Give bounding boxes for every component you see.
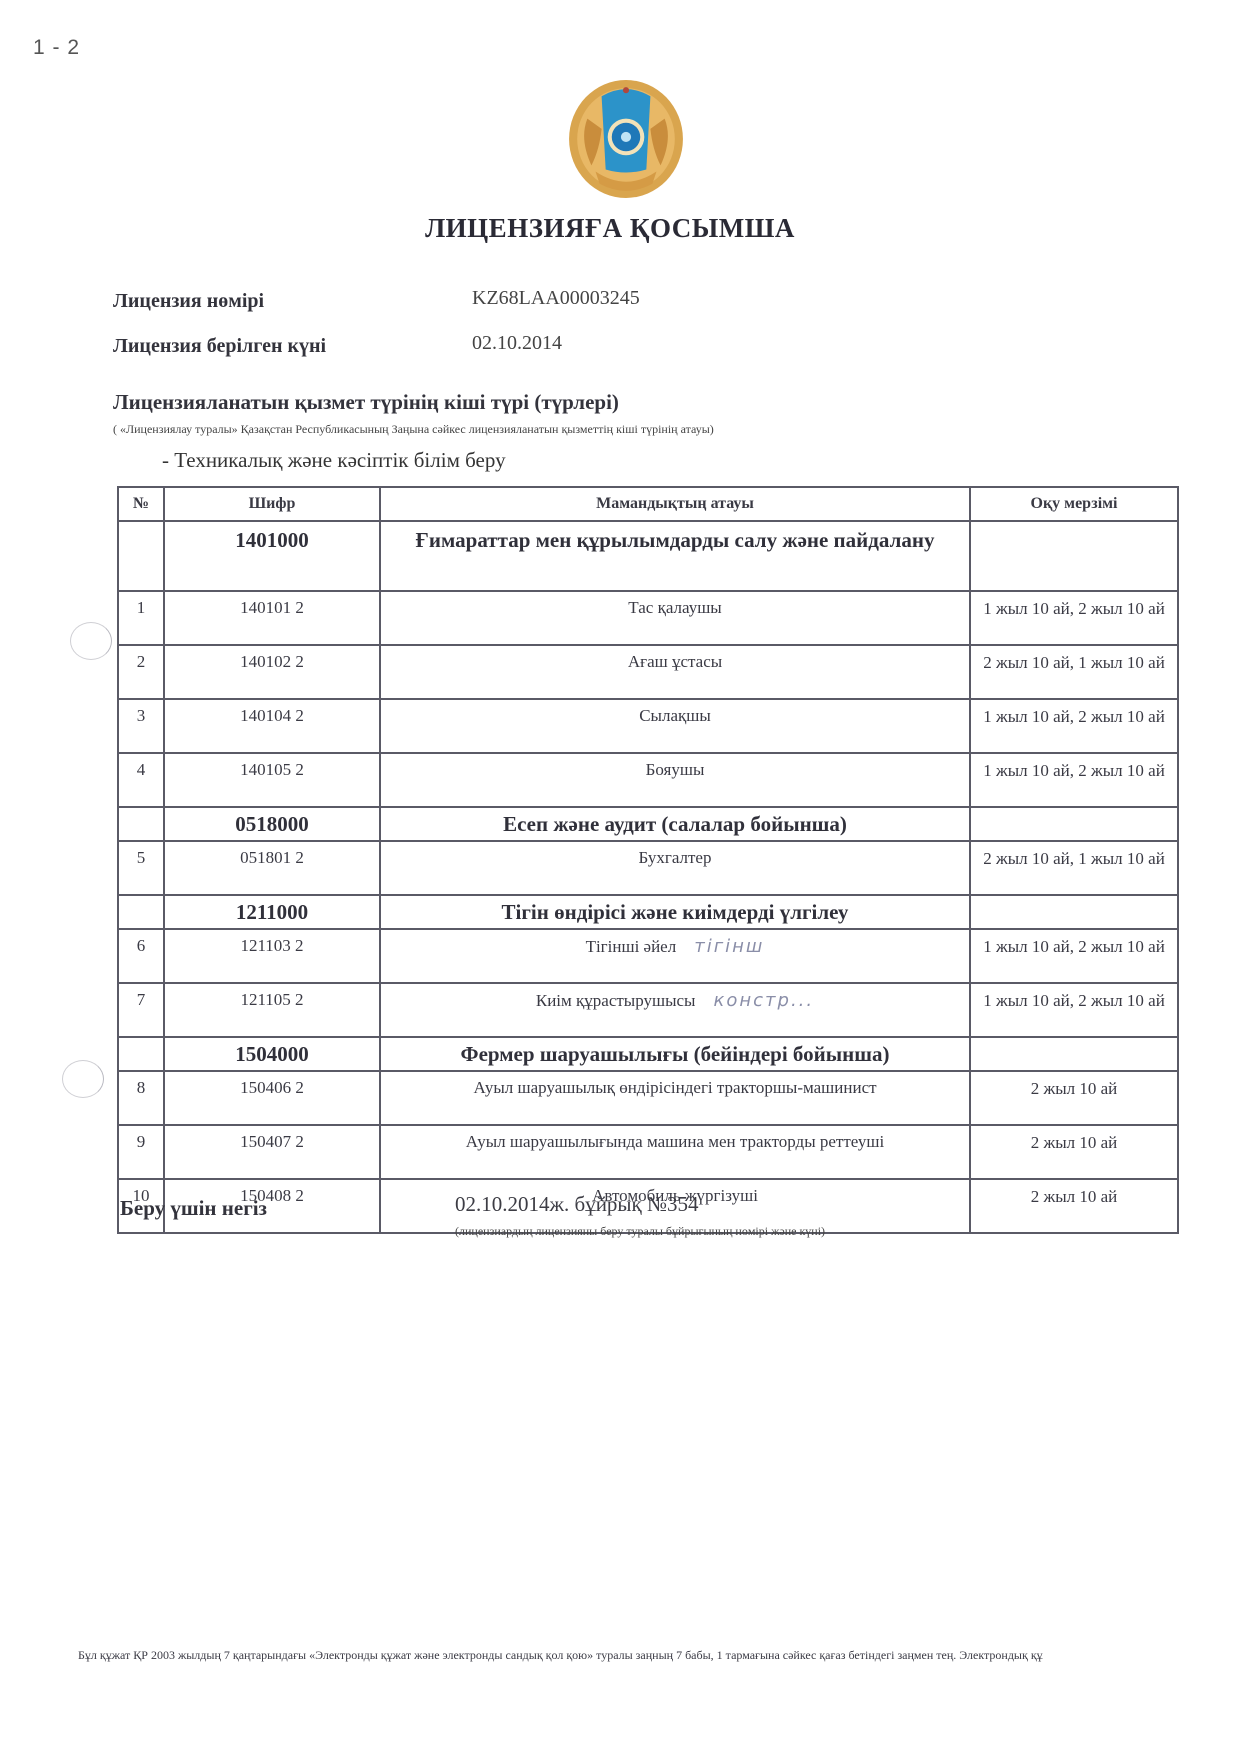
table-row: 1140101 2Тас қалаушы1 жыл 10 ай, 2 жыл 1… xyxy=(118,591,1178,645)
row-code: 121103 2 xyxy=(164,929,380,983)
table-row: 3140104 2Сылақшы1 жыл 10 ай, 2 жыл 10 ай xyxy=(118,699,1178,753)
row-code: 150406 2 xyxy=(164,1071,380,1125)
group-duration-cell xyxy=(970,895,1178,929)
license-number-label: Лицензия нөмірі xyxy=(113,290,264,313)
group-row: 1211000Тігін өндірісі және киімдерді үлг… xyxy=(118,895,1178,929)
specialties-table: № Шифр Мамандықтың атауы Оқу мерзімі 140… xyxy=(117,486,1179,1234)
row-specialty-cell: Тас қалаушы xyxy=(380,591,970,645)
row-specialty-name: Сылақшы xyxy=(639,706,711,725)
header-duration: Оқу мерзімі xyxy=(970,487,1178,521)
group-code: 1401000 xyxy=(164,521,380,591)
table-row: 7121105 2Киім құрастырушысыконстр...1 жы… xyxy=(118,983,1178,1037)
group-code: 1211000 xyxy=(164,895,380,929)
group-code: 1504000 xyxy=(164,1037,380,1071)
row-number: 6 xyxy=(118,929,164,983)
license-date-value: 02.10.2014 xyxy=(472,332,562,355)
handwritten-annotation: тігінш xyxy=(694,936,764,957)
row-specialty-name: Ауыл шаруашылығында машина мен тракторды… xyxy=(466,1132,884,1151)
row-duration: 1 жыл 10 ай, 2 жыл 10 ай xyxy=(970,591,1178,645)
subtype-item: - Техникалық және кәсіптік білім беру xyxy=(162,448,506,473)
row-code: 140101 2 xyxy=(164,591,380,645)
document-title: ЛИЦЕНЗИЯҒА ҚОСЫМША xyxy=(0,213,1220,244)
group-number-cell xyxy=(118,807,164,841)
row-specialty-cell: Бояушы xyxy=(380,753,970,807)
row-number: 8 xyxy=(118,1071,164,1125)
row-duration: 2 жыл 10 ай, 1 жыл 10 ай xyxy=(970,645,1178,699)
header-number: № xyxy=(118,487,164,521)
row-specialty-cell: Сылақшы xyxy=(380,699,970,753)
row-specialty-name: Ауыл шаруашылық өндірісіндегі тракторшы-… xyxy=(473,1078,876,1097)
row-number: 9 xyxy=(118,1125,164,1179)
license-date-label: Лицензия берілген күні xyxy=(113,335,326,358)
group-name: Фермер шаруашылығы (бейіндері бойынша) xyxy=(380,1037,970,1071)
row-duration: 2 жыл 10 ай, 1 жыл 10 ай xyxy=(970,841,1178,895)
row-number: 4 xyxy=(118,753,164,807)
group-number-cell xyxy=(118,521,164,591)
row-code: 140105 2 xyxy=(164,753,380,807)
group-code: 0518000 xyxy=(164,807,380,841)
table-row: 9150407 2Ауыл шаруашылығында машина мен … xyxy=(118,1125,1178,1179)
row-number: 7 xyxy=(118,983,164,1037)
row-number: 5 xyxy=(118,841,164,895)
group-name: Тігін өндірісі және киімдерді үлгілеу xyxy=(380,895,970,929)
row-specialty-cell: Ағаш ұстасы xyxy=(380,645,970,699)
footer-legal-note: Бұл құжат ҚР 2003 жылдың 7 қаңтарындағы … xyxy=(78,1648,1043,1663)
row-specialty-name: Тігінші әйел xyxy=(586,937,677,956)
row-specialty-name: Тас қалаушы xyxy=(628,598,721,617)
row-code: 150407 2 xyxy=(164,1125,380,1179)
row-code: 121105 2 xyxy=(164,983,380,1037)
subtype-heading: Лицензияланатын қызмет түрінің кіші түрі… xyxy=(113,390,619,415)
group-row: 1401000Ғимараттар мен құрылымдарды салу … xyxy=(118,521,1178,591)
row-specialty-name: Бухгалтер xyxy=(639,848,712,867)
header-code: Шифр xyxy=(164,487,380,521)
group-number-cell xyxy=(118,1037,164,1071)
group-name: Есеп және аудит (салалар бойынша) xyxy=(380,807,970,841)
basis-label: Беру үшін негіз xyxy=(120,1196,267,1221)
license-number-value: KZ68LAA00003245 xyxy=(472,287,640,310)
row-duration: 1 жыл 10 ай, 2 жыл 10 ай xyxy=(970,929,1178,983)
row-number: 3 xyxy=(118,699,164,753)
row-code: 140102 2 xyxy=(164,645,380,699)
group-duration-cell xyxy=(970,1037,1178,1071)
table-row: 2140102 2Ағаш ұстасы2 жыл 10 ай, 1 жыл 1… xyxy=(118,645,1178,699)
group-row: 1504000Фермер шаруашылығы (бейіндері бой… xyxy=(118,1037,1178,1071)
group-name: Ғимараттар мен құрылымдарды салу және па… xyxy=(380,521,970,591)
table-header-row: № Шифр Мамандықтың атауы Оқу мерзімі xyxy=(118,487,1178,521)
group-duration-cell xyxy=(970,807,1178,841)
row-specialty-cell: Ауыл шаруашылық өндірісіндегі тракторшы-… xyxy=(380,1071,970,1125)
row-duration: 2 жыл 10 ай xyxy=(970,1179,1178,1233)
row-number: 1 xyxy=(118,591,164,645)
row-code: 051801 2 xyxy=(164,841,380,895)
table-row: 5051801 2Бухгалтер2 жыл 10 ай, 1 жыл 10 … xyxy=(118,841,1178,895)
table-row: 8150406 2Ауыл шаруашылық өндірісіндегі т… xyxy=(118,1071,1178,1125)
subtype-note: ( «Лицензиялау туралы» Қазақстан Республ… xyxy=(113,422,714,437)
header-specialty-name: Мамандықтың атауы xyxy=(380,487,970,521)
row-duration: 2 жыл 10 ай xyxy=(970,1071,1178,1125)
table-row: 4140105 2Бояушы1 жыл 10 ай, 2 жыл 10 ай xyxy=(118,753,1178,807)
basis-note: (лицензиардың лицензияны беру туралы бұй… xyxy=(455,1224,825,1239)
row-specialty-cell: Киім құрастырушысыконстр... xyxy=(380,983,970,1037)
row-duration: 1 жыл 10 ай, 2 жыл 10 ай xyxy=(970,983,1178,1037)
table-row: 6121103 2Тігінші әйелтігінш1 жыл 10 ай, … xyxy=(118,929,1178,983)
punch-hole-mark xyxy=(70,622,112,660)
group-duration-cell xyxy=(970,521,1178,591)
handwritten-annotation: констр... xyxy=(713,990,814,1011)
state-emblem-icon xyxy=(565,78,687,200)
row-specialty-name: Киім құрастырушысы xyxy=(536,991,696,1010)
row-code: 140104 2 xyxy=(164,699,380,753)
row-duration: 2 жыл 10 ай xyxy=(970,1125,1178,1179)
table-body: 1401000Ғимараттар мен құрылымдарды салу … xyxy=(118,521,1178,1233)
row-duration: 1 жыл 10 ай, 2 жыл 10 ай xyxy=(970,753,1178,807)
row-specialty-cell: Ауыл шаруашылығында машина мен тракторды… xyxy=(380,1125,970,1179)
punch-hole-mark xyxy=(62,1060,104,1098)
row-specialty-name: Ағаш ұстасы xyxy=(628,652,722,671)
row-specialty-cell: Бухгалтер xyxy=(380,841,970,895)
group-number-cell xyxy=(118,895,164,929)
row-specialty-cell: Тігінші әйелтігінш xyxy=(380,929,970,983)
basis-value: 02.10.2014ж. бұйрық №354 xyxy=(455,1192,699,1217)
group-row: 0518000Есеп және аудит (салалар бойынша) xyxy=(118,807,1178,841)
row-duration: 1 жыл 10 ай, 2 жыл 10 ай xyxy=(970,699,1178,753)
page-number: 1 - 2 xyxy=(33,36,80,60)
row-number: 2 xyxy=(118,645,164,699)
row-specialty-name: Бояушы xyxy=(646,760,705,779)
